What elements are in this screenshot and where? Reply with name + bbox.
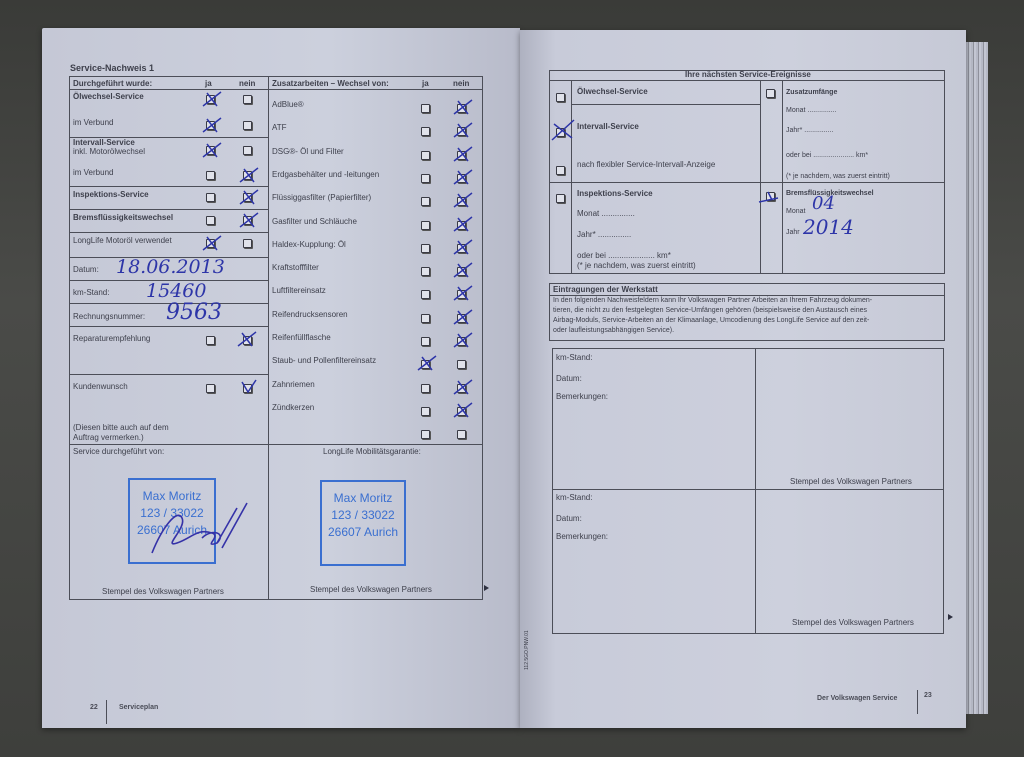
zusatz-row-label: DSG®- Öl und Filter <box>272 147 344 156</box>
signature-icon <box>142 498 252 558</box>
werkstatt-entries-table <box>552 348 944 634</box>
werkstatt-text-2: tieren, die nicht zu den festgelegten Se… <box>553 307 867 314</box>
checkbox-nein[interactable] <box>243 216 252 225</box>
entry1-km-label: km-Stand: <box>556 353 592 362</box>
zusatz-row-label: Luftfiltereinsatz <box>272 286 326 295</box>
stamp-number: 123 / 33022 <box>322 507 404 524</box>
checkbox-nein[interactable] <box>457 151 466 160</box>
zusatz-row-label: ATF <box>272 123 287 132</box>
zusatz-row-label: Zündkerzen <box>272 403 314 412</box>
checkbox-ja[interactable] <box>206 216 215 225</box>
inspektion-monat[interactable]: Monat ............... <box>577 209 635 218</box>
row-divider <box>552 489 944 490</box>
checkbox-nein[interactable] <box>457 244 466 253</box>
checkbox-ja[interactable] <box>421 337 430 346</box>
werkstatt-title: Eintragungen der Werkstatt <box>553 285 658 294</box>
dealer-stamp-mobility: Max Moritz 123 / 33022 26607 Aurich <box>320 480 406 566</box>
column-divider <box>571 80 572 274</box>
column-divider <box>782 80 783 274</box>
column-divider <box>755 348 756 634</box>
zusatz-row-label: Kraftstofffilter <box>272 263 319 272</box>
footer-divider <box>106 700 107 724</box>
row-divider <box>571 104 760 105</box>
oelwechsel-checkbox[interactable] <box>556 93 565 102</box>
row-divider <box>549 80 945 81</box>
right-header-ja: ja <box>422 79 429 88</box>
next-events-table <box>549 70 945 274</box>
bremsfluessigkeit-jahr-value[interactable]: 2014 <box>803 215 854 239</box>
left-header-ja: ja <box>205 79 212 88</box>
left-page: Service-Nachweis 1 Durchgeführt wurde: j… <box>42 28 520 728</box>
checkbox-ja[interactable] <box>206 95 215 104</box>
bremsfluessigkeit-checkbox[interactable] <box>766 192 775 201</box>
entry2-bemerkungen-label: Bemerkungen: <box>556 532 608 541</box>
werkstatt-text-4: oder laufleistungsabhängigen Service). <box>553 327 674 334</box>
zusatz-row-label: Reifenfüllflasche <box>272 333 331 342</box>
right-header-nein: nein <box>453 79 469 88</box>
checkbox-ja[interactable] <box>206 193 215 202</box>
service-row-label: Inspektions-Service <box>73 190 149 199</box>
checkbox-ja[interactable] <box>206 171 215 180</box>
checkbox-ja[interactable] <box>421 384 430 393</box>
inspektion-label: Inspektions-Service <box>577 189 653 198</box>
zusatz-jahr[interactable]: Jahr* ............... <box>786 127 833 134</box>
werkstatt-text-1: In den folgenden Nachweisfeldern kann Ih… <box>553 297 872 304</box>
kundenwunsch-note-1: (Diesen bitte auch auf dem <box>73 423 169 432</box>
zusatz-monat[interactable]: Monat ............... <box>786 107 837 114</box>
checkbox-nein[interactable] <box>243 171 252 180</box>
checkbox-ja[interactable] <box>421 290 430 299</box>
checkbox-nein[interactable] <box>457 197 466 206</box>
stamp-caption-left: Stempel des Volkswagen Partners <box>102 587 224 596</box>
bremsfluessigkeit-jahr-label: Jahr <box>786 229 800 236</box>
checkbox-ja[interactable] <box>421 244 430 253</box>
row-divider <box>69 186 268 187</box>
checkbox-ja[interactable] <box>421 104 430 113</box>
row-divider <box>69 137 268 138</box>
reparaturempfehlung-ja-checkbox[interactable] <box>206 336 215 345</box>
service-row-label: Intervall-Service <box>73 138 135 147</box>
service-row-label: Bremsflüssigkeitswechsel <box>73 213 173 222</box>
zusatz-row-label: Gasfilter und Schläuche <box>272 217 357 226</box>
footer-section: Der Volkswagen Service <box>817 695 897 702</box>
zusatz-row-label: Flüssiggasfilter (Papierfilter) <box>272 193 371 202</box>
checkbox-ja[interactable] <box>421 267 430 276</box>
checkbox-nein[interactable] <box>457 407 466 416</box>
km-stand-label: km-Stand: <box>73 288 109 297</box>
checkbox-ja[interactable] <box>421 407 430 416</box>
continue-arrow-icon <box>948 614 953 620</box>
zusatz-row-label: Zahnriemen <box>272 380 315 389</box>
entry1-bemerkungen-label: Bemerkungen: <box>556 392 608 401</box>
checkbox-nein[interactable] <box>457 290 466 299</box>
inspektion-km[interactable]: oder bei ..................... km* <box>577 251 671 260</box>
checkbox-ja[interactable] <box>421 430 430 439</box>
zusatz-row-label: AdBlue® <box>272 100 304 109</box>
inspektion-jahr[interactable]: Jahr* ............... <box>577 230 631 239</box>
checkbox-nein[interactable] <box>243 193 252 202</box>
right-header-label: Zusatzarbeiten – Wechsel von: <box>272 79 389 88</box>
checkbox-nein[interactable] <box>243 146 252 155</box>
checkbox-nein[interactable] <box>457 221 466 230</box>
rechnungsnummer-value[interactable]: 9563 <box>166 300 222 325</box>
service-row-label: LongLife Motoröl verwendet <box>73 236 172 245</box>
row-divider <box>69 209 268 210</box>
service-row-label: im Verbund <box>73 168 113 177</box>
checkbox-ja[interactable] <box>421 221 430 230</box>
checkbox-nein[interactable] <box>457 430 466 439</box>
checkbox-ja[interactable] <box>421 151 430 160</box>
checkbox-ja[interactable] <box>421 360 430 369</box>
intervall-checkbox[interactable] <box>556 128 565 137</box>
column-divider <box>760 80 761 274</box>
row-divider <box>69 326 268 327</box>
mobility-guarantee-label: LongLife Mobilitätsgarantie: <box>323 447 421 456</box>
checkbox-ja[interactable] <box>421 127 430 136</box>
service-row-sublabel: inkl. Motorölwechsel <box>73 147 145 156</box>
left-header-label: Durchgeführt wurde: <box>73 79 152 88</box>
kundenwunsch-ja-checkbox[interactable] <box>206 384 215 393</box>
zusatz-km[interactable]: oder bei ..................... km* <box>786 152 868 159</box>
column-divider <box>268 76 269 600</box>
page-title: Service-Nachweis 1 <box>70 63 154 73</box>
zusatz-row-label: Reifendrucksensoren <box>272 310 348 319</box>
zusatz-row-label: Haldex-Kupplung: Öl <box>272 240 346 249</box>
footer-section: Serviceplan <box>119 704 158 711</box>
row-divider <box>69 374 268 375</box>
entry2-datum-label: Datum: <box>556 514 582 523</box>
stamp-city: 26607 Aurich <box>322 524 404 541</box>
service-performed-label: Service durchgeführt von: <box>73 447 164 456</box>
kundenwunsch-label: Kundenwunsch <box>73 382 128 391</box>
entry1-datum-label: Datum: <box>556 374 582 383</box>
werkstatt-text-3: Airbag-Moduls, Service-Arbeiten an der K… <box>553 317 869 324</box>
row-divider <box>69 232 268 233</box>
flexibel-label: nach flexibler Service-Intervall-Anzeige <box>577 160 715 169</box>
checkbox-nein[interactable] <box>243 239 252 248</box>
page-edges <box>966 42 988 714</box>
reparaturempfehlung-label: Reparaturempfehlung <box>73 334 150 343</box>
rechnungsnummer-label: Rechnungsnummer: <box>73 312 145 321</box>
kundenwunsch-nein-checkbox[interactable] <box>243 384 252 393</box>
right-page: Ihre nächsten Service-Ereignisse Ölwechs… <box>520 30 966 728</box>
checkbox-nein[interactable] <box>457 104 466 113</box>
footer-divider <box>917 690 918 714</box>
stamp-caption-right: Stempel des Volkswagen Partners <box>310 585 432 594</box>
service-row-label: Ölwechsel-Service <box>73 92 144 101</box>
oelwechsel-label: Ölwechsel-Service <box>577 87 648 96</box>
checkbox-ja[interactable] <box>421 314 430 323</box>
page-number: 22 <box>90 704 98 711</box>
row-divider <box>549 295 945 296</box>
datum-label: Datum: <box>73 265 99 274</box>
checkbox-ja[interactable] <box>206 146 215 155</box>
checkbox-nein[interactable] <box>457 337 466 346</box>
service-row-label: im Verbund <box>73 118 113 127</box>
zusatz-checkbox[interactable] <box>766 89 775 98</box>
left-header-nein: nein <box>239 79 255 88</box>
stamp-divider <box>69 444 483 445</box>
zusatz-label: Zusatzumfänge <box>786 89 837 96</box>
checkbox-nein[interactable] <box>457 360 466 369</box>
intervall-label: Intervall-Service <box>577 122 639 131</box>
zusatz-row-label: Staub- und Pollenfiltereinsatz <box>272 356 376 365</box>
row-divider <box>549 182 945 183</box>
reparaturempfehlung-nein-checkbox[interactable] <box>243 336 252 345</box>
header-divider <box>69 89 483 90</box>
checkbox-nein[interactable] <box>243 121 252 130</box>
zusatz-note: (* je nachdem, was zuerst eintritt) <box>786 173 890 180</box>
bremsfluessigkeit-monat-value[interactable]: 04 <box>812 193 835 214</box>
checkbox-nein[interactable] <box>457 127 466 136</box>
continue-arrow-icon <box>484 585 489 591</box>
zusatz-row-label: Erdgasbehälter und -leitungen <box>272 170 379 179</box>
kundenwunsch-note-2: Auftrag vermerken.) <box>73 433 144 442</box>
entry1-stamp-caption: Stempel des Volkswagen Partners <box>790 477 912 486</box>
inspektion-note: (* je nachdem, was zuerst eintritt) <box>577 261 696 270</box>
flexibel-checkbox[interactable] <box>556 166 565 175</box>
checkbox-ja[interactable] <box>206 239 215 248</box>
checkbox-ja[interactable] <box>421 174 430 183</box>
checkbox-ja[interactable] <box>421 197 430 206</box>
bremsfluessigkeit-monat-label: Monat <box>786 208 805 215</box>
checkbox-nein[interactable] <box>457 384 466 393</box>
entry2-km-label: km-Stand: <box>556 493 592 502</box>
gutter-code: 112.5GO.PNW.01 <box>524 630 530 670</box>
next-events-title: Ihre nächsten Service-Ereignisse <box>685 70 811 79</box>
datum-value[interactable]: 18.06.2013 <box>116 256 225 278</box>
checkbox-nein[interactable] <box>243 95 252 104</box>
inspektion-checkbox[interactable] <box>556 194 565 203</box>
entry2-stamp-caption: Stempel des Volkswagen Partners <box>792 618 914 627</box>
page-number: 23 <box>924 692 932 699</box>
checkbox-nein[interactable] <box>457 174 466 183</box>
km-stand-value[interactable]: 15460 <box>146 280 206 302</box>
checkbox-nein[interactable] <box>457 267 466 276</box>
checkbox-nein[interactable] <box>457 314 466 323</box>
stamp-name: Max Moritz <box>322 490 404 507</box>
checkbox-ja[interactable] <box>206 121 215 130</box>
